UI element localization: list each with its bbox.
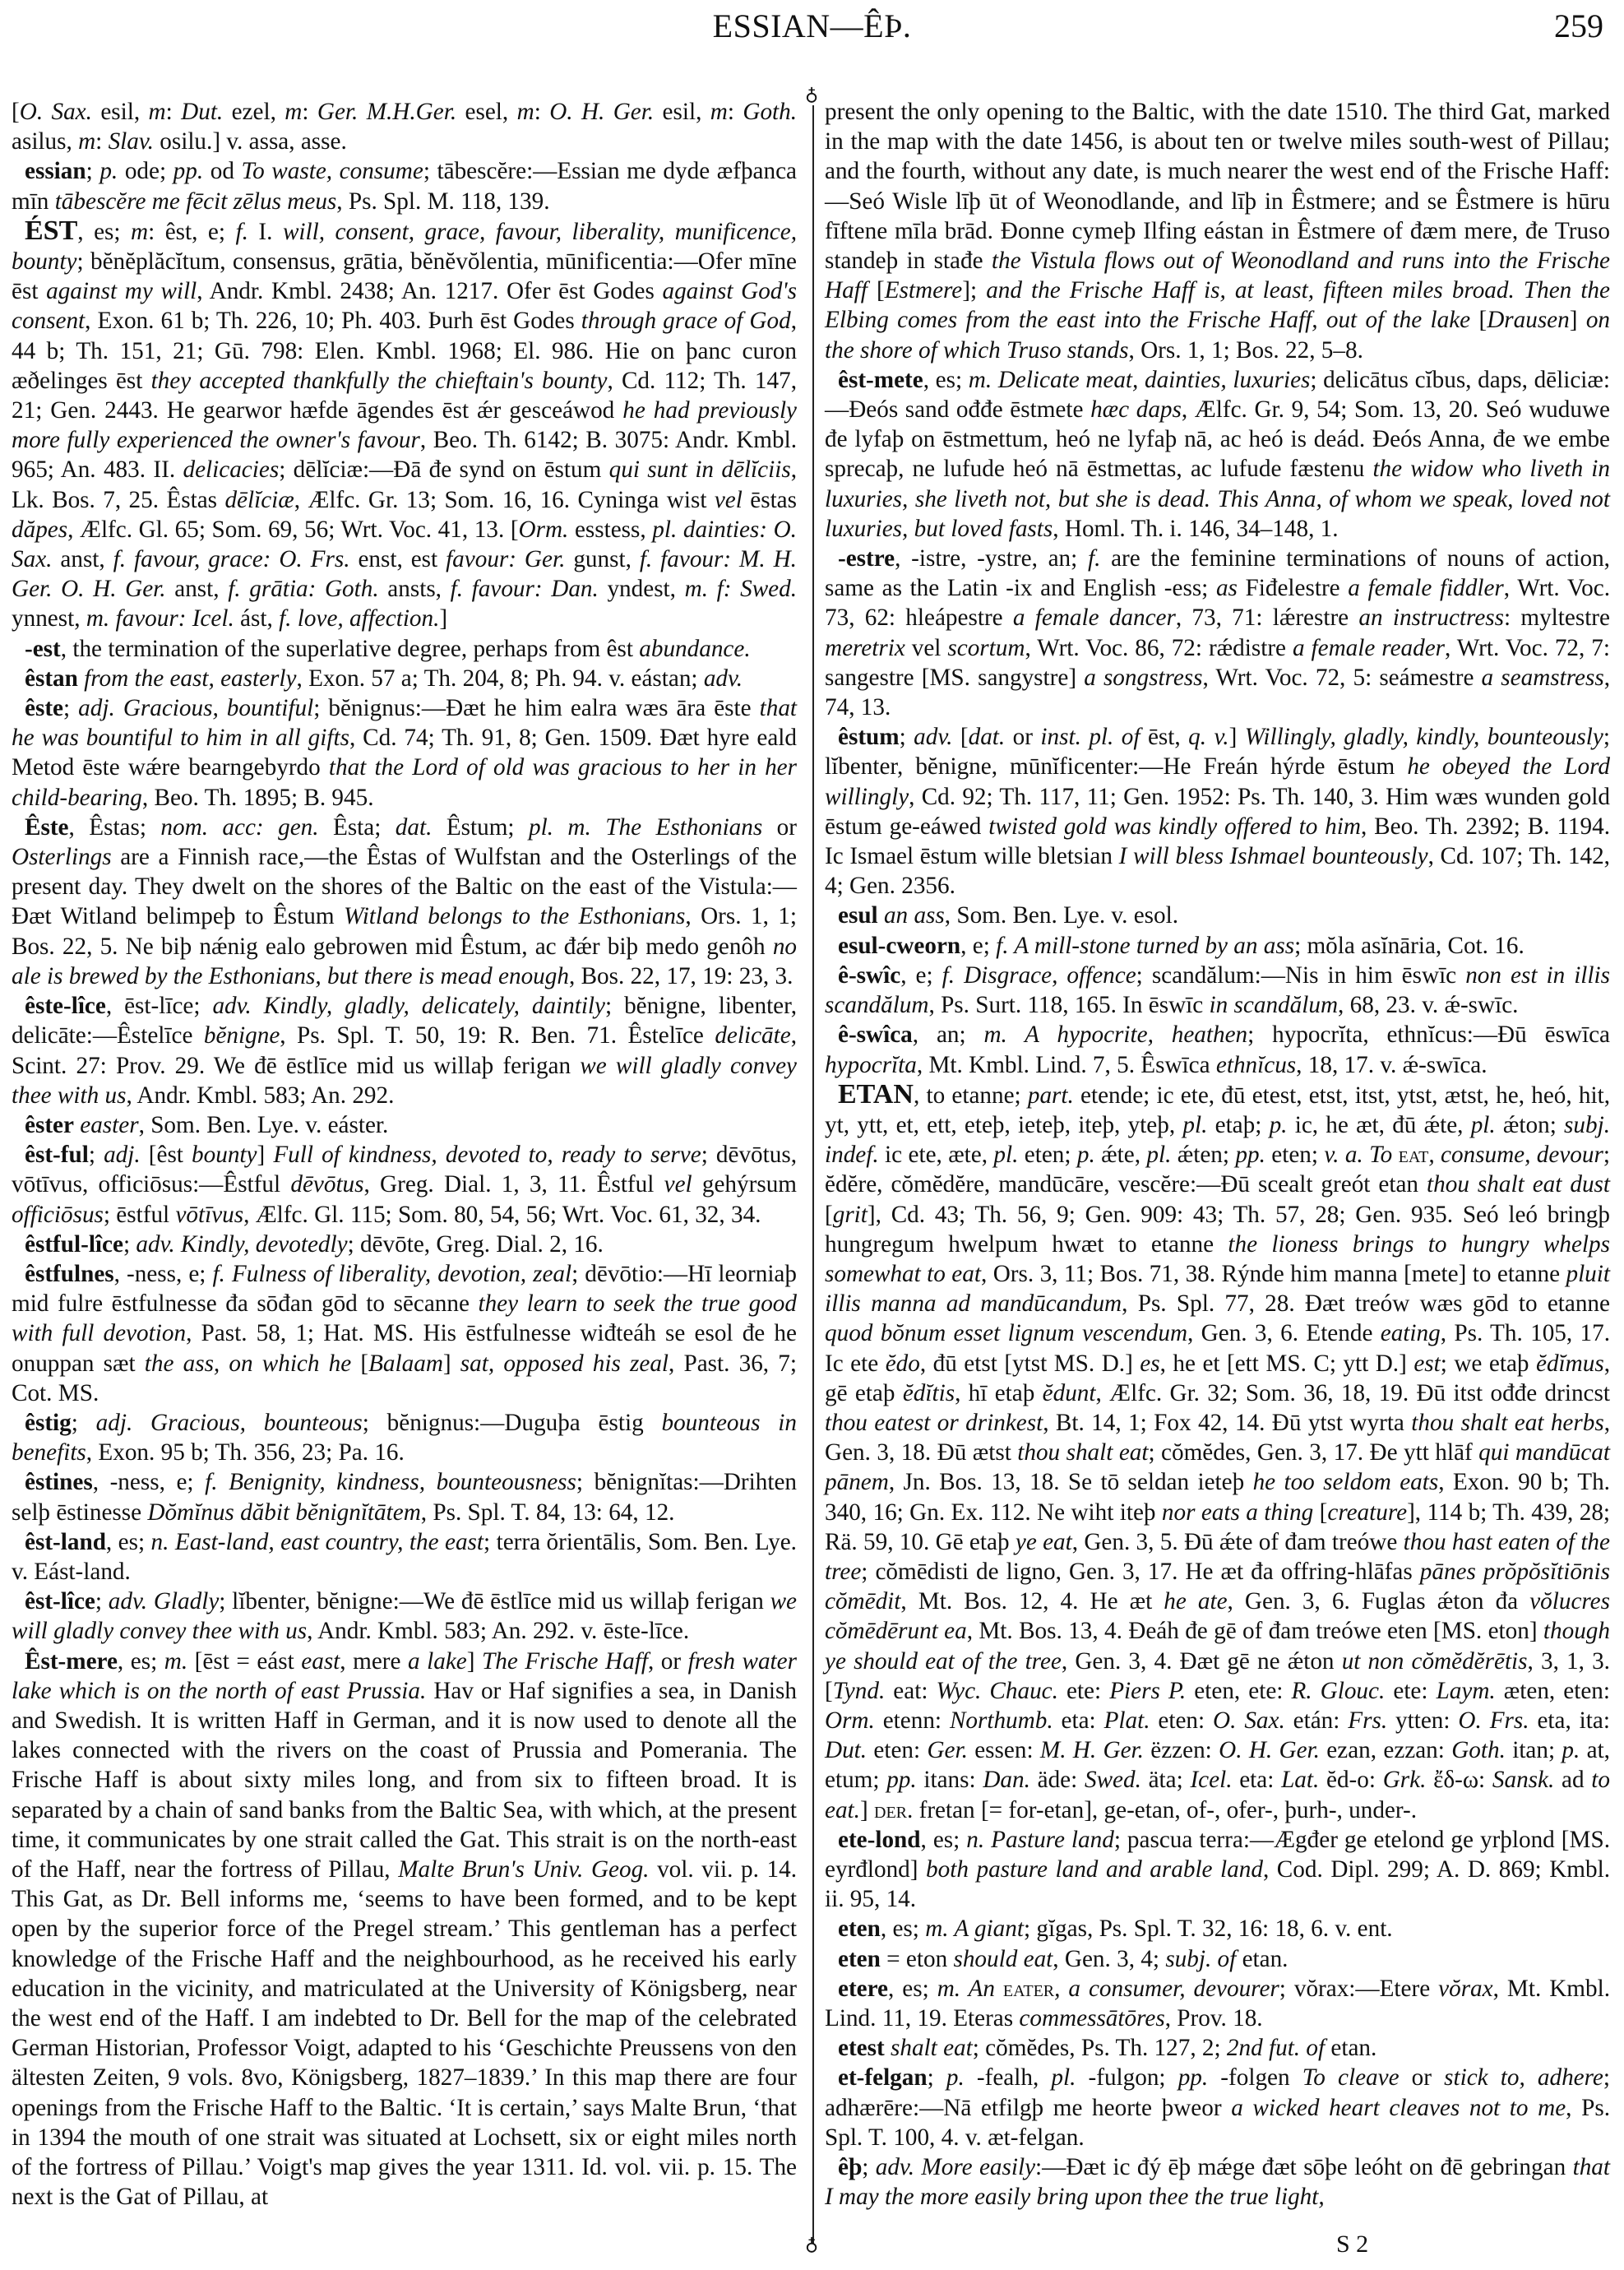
entry-text: f. Disgrace, offence — [942, 962, 1136, 989]
entry-text: ezel, — [223, 99, 285, 125]
entry-text: vel — [905, 635, 948, 661]
entry-text: the ass, on which he — [145, 1350, 351, 1377]
entry-text: meretrix — [825, 635, 905, 661]
entry-text: essen: — [968, 1737, 1040, 1763]
entry-text: , he et [ett MS. C; ytt D.] — [1160, 1350, 1414, 1377]
right-column: present the only opening to the Baltic, … — [825, 97, 1610, 2212]
entry-text: officiōsus — [12, 1202, 104, 1228]
entry-text: an ass — [884, 902, 945, 929]
entry-text: Willingly, gladly, kindly, bounteously — [1245, 724, 1603, 750]
dictionary-entry: êst-land, es; n. East-land, east country… — [12, 1527, 797, 1587]
entry-text: The Esthonians — [605, 814, 762, 841]
entry-text: f. favour: Dan. — [451, 576, 599, 602]
entry-text: m — [285, 99, 302, 125]
headword: Êste — [25, 814, 69, 841]
running-head: ESSIAN—ÊÞ. — [0, 7, 1624, 45]
headword: êþ — [838, 2154, 862, 2180]
entry-text: ĕd-o: — [1319, 1767, 1382, 1793]
entry-text: ; vŏrax:—Etere — [1279, 1976, 1438, 2002]
entry-text: Fiđelestre — [1238, 575, 1348, 601]
entry-text: m. An — [937, 1976, 1003, 2002]
entry-text: eta: — [1053, 1707, 1104, 1734]
entry-text: ; gĭgas, Ps. Spl. T. 32, 16: 18, 6. v. e… — [1024, 1916, 1393, 1942]
entry-text: itan; — [1506, 1737, 1562, 1763]
entry-text: m — [517, 99, 534, 125]
entry-text: ; lĭbenter, bĕnigne:—We đē ēstlīce mid u… — [219, 1588, 770, 1614]
headword: etere — [838, 1976, 888, 2002]
entry-text: Orm. — [519, 517, 569, 543]
entry-text: hæc daps — [1090, 396, 1182, 423]
column-divider — [812, 105, 814, 2244]
dictionary-entry: êst-lîce; adv. Gladly; lĭbenter, bĕnigne… — [12, 1587, 797, 1646]
entry-text: m — [131, 219, 148, 245]
entry-text: ǽten; — [1171, 1142, 1235, 1168]
entry-text: Slav. — [109, 128, 154, 155]
entry-text: should eat — [953, 1946, 1053, 1972]
entry-text: , 73, 71: lǽrestre — [1176, 605, 1359, 631]
entry-text: part. — [1028, 1082, 1074, 1109]
entry-text: easter — [80, 1112, 138, 1138]
entry-text: ic ete, æte, — [879, 1142, 994, 1168]
entry-text: , es; — [118, 1648, 164, 1675]
headword: êster — [25, 1112, 74, 1138]
entry-text: ezan, ezzan: — [1320, 1737, 1451, 1763]
entry-text: Êsta; — [319, 814, 396, 841]
entry-text: Tynd. — [833, 1678, 886, 1704]
entry-text: , Ps. Spl. M. 118, 139. — [336, 188, 549, 215]
entry-text: , Gen. 3, 4; — [1053, 1946, 1165, 1972]
entry-text: ; scandălum:—Nis in him ēswīc — [1136, 962, 1466, 989]
dictionary-entry: êstfulnes, -ness, e; f. Fulness of liber… — [12, 1259, 797, 1408]
dictionary-entry: êstines, -ness, e; f. Benignity, kindnes… — [12, 1467, 797, 1526]
entry-text: ; — [123, 1231, 136, 1258]
entry-text: Piers P. — [1109, 1678, 1186, 1704]
entry-text: ĕdĭtis — [903, 1380, 955, 1406]
entry-text — [591, 814, 605, 841]
entry-text: est — [1413, 1350, 1440, 1377]
entry-text: shalt eat — [891, 2035, 973, 2061]
entry-text: adv. Gladly — [109, 1588, 220, 1614]
entry-text: O. H. Ger. — [1219, 1737, 1320, 1763]
entry-text: dēlĭciæ — [224, 487, 294, 513]
entry-text: , Ps. Spl. T. 84, 13: 64, 12. — [421, 1499, 675, 1526]
entry-text: adv. More easily — [876, 2154, 1035, 2180]
entry-text: sat, opposed his zeal — [460, 1350, 669, 1377]
entry-text: ; — [63, 695, 78, 721]
entry-text: , the termination of the superlative deg… — [61, 636, 640, 662]
entry-text: ode; — [118, 158, 173, 184]
entry-text: , -ness, e; — [114, 1261, 213, 1287]
entry-text: Full of kindness, devoted to, ready to s… — [273, 1142, 701, 1168]
entry-text: eten; — [1265, 1142, 1325, 1168]
entry-text: grit — [833, 1202, 868, 1228]
entry-text: eten: — [1150, 1707, 1214, 1734]
entry-text: esel, — [456, 99, 516, 125]
entry-text: subj. of — [1165, 1946, 1236, 1972]
entry-text: n. East-land, east country, the east — [151, 1529, 483, 1555]
entry-text: Laym. — [1437, 1678, 1496, 1704]
signature-mark: S 2 — [1336, 2231, 1368, 2258]
entry-text: , es; — [77, 219, 131, 245]
entry-text: , Andr. Kmbl. 583; An. 292. v. ēste-līce… — [307, 1618, 689, 1644]
entry-text: ; — [72, 1410, 96, 1436]
entry-text: , consume, devour — [1428, 1142, 1603, 1168]
entry-text — [878, 902, 884, 929]
entry-text: [ — [12, 99, 20, 125]
entry-text: : — [166, 99, 182, 125]
dictionary-entry: ÉST, es; m: êst, e; f. I. will, consent,… — [12, 216, 797, 634]
entry-text: O. Sax. — [20, 99, 92, 125]
entry-text: ete: — [1058, 1678, 1109, 1704]
headword: esul — [838, 902, 878, 929]
headword: eten — [838, 1946, 881, 1972]
entry-text — [885, 2035, 891, 2061]
headword: êste — [25, 695, 63, 721]
entry-text: thou shalt eat herbs — [1411, 1410, 1603, 1436]
entry-text: ; — [928, 2064, 946, 2091]
entry-text: , es; — [888, 1976, 937, 2002]
entry-text: , Mt. Bos. 12, 4. He æt — [900, 1588, 1164, 1614]
entry-text: gehýrsum — [692, 1171, 797, 1198]
entry-text: [ — [1313, 1499, 1327, 1526]
entry-text: , Wrt. Voc. 72, 5: seámestre — [1203, 665, 1482, 691]
entry-text: vol. vii. p. 14. This Gat, as Dr. Bell i… — [12, 1856, 797, 2210]
headword: êst-land — [25, 1529, 106, 1555]
entry-text: = eton — [881, 1946, 954, 1972]
entry-text: , 18, 17. v. ǽ-swīca. — [1296, 1052, 1487, 1078]
entry-text: adv. — [704, 665, 743, 692]
entry-text: , e; — [900, 962, 942, 989]
entry-text: , Ælfc. Gr. 32; Som. 36, 18, 19. Đū itst… — [1096, 1380, 1610, 1406]
headword: êste-lîce — [25, 993, 106, 1019]
dictionary-entry: êstan from the east, easterly, Exon. 57 … — [12, 664, 797, 693]
entry-text: Malte Brun's Univ. Geog. — [398, 1856, 649, 1883]
entry-text: p. — [1562, 1737, 1580, 1763]
entry-text: or — [1400, 2064, 1445, 2091]
entry-text: To waste, consume — [242, 158, 423, 184]
entry-text: a wicked heart cleaves not to me — [1231, 2095, 1566, 2121]
entry-text: , or — [648, 1648, 688, 1675]
entry-text: , Wrt. Voc. 86, 72: rǽdistre — [1025, 635, 1293, 661]
entry-text: The Frische Haff — [482, 1648, 648, 1675]
entry-text: f. love, affection. — [279, 605, 439, 632]
entry-text: [ — [1470, 307, 1487, 333]
entry-text: pp. — [1178, 2064, 1208, 2091]
entry-text: Êstum; — [432, 814, 529, 841]
dictionary-entry: esul-cweorn, e; f. A mill-stone turned b… — [825, 931, 1610, 961]
entry-text: der. — [874, 1797, 913, 1823]
entry-text: vŏrax — [1438, 1976, 1492, 2002]
headword: -est — [25, 636, 61, 662]
entry-text: they accepted thankfully the chieftain's… — [151, 368, 608, 394]
entry-text: ic, he æt, đū ǽte, — [1287, 1112, 1470, 1138]
headword: etest — [838, 2035, 885, 2061]
entry-text: m. A giant — [925, 1916, 1024, 1942]
entry-text: eta, ita: — [1529, 1707, 1610, 1734]
entry-text: , Exon. 57 a; Th. 204, 8; Ph. 94. v. eás… — [296, 665, 703, 692]
dictionary-entry: êþ; adv. More easily:—Đæt ic đý ēþ mǽge … — [825, 2152, 1610, 2212]
entry-text: , Prov. 18. — [1165, 2005, 1263, 2031]
entry-text: v. a. To — [1324, 1142, 1398, 1168]
entry-text: inst. pl. of — [1040, 724, 1140, 750]
entry-text: Dut. — [825, 1737, 867, 1763]
entry-text: eten: — [867, 1737, 927, 1763]
entry-text: thou shalt eat — [1017, 1439, 1148, 1466]
entry-text: asilus, — [12, 128, 78, 155]
entry-text: I. — [248, 219, 283, 245]
entry-text: od — [203, 158, 241, 184]
entry-text: f. favour, grace: O. Frs. — [113, 546, 350, 572]
entry-text: ut non cŏmĕdĕrētis — [1342, 1648, 1528, 1675]
entry-text: adv. — [914, 724, 952, 750]
entry-text: anst, — [52, 546, 113, 572]
entry-text: pl. — [1182, 1112, 1207, 1138]
entry-text: To cleave — [1302, 2064, 1400, 2091]
entry-text: Grk. — [1383, 1767, 1427, 1793]
entry-text: Frs. — [1348, 1707, 1387, 1734]
entry-text: creature — [1327, 1499, 1407, 1526]
entry-text: quod bŏnum esset lignum vescendum — [825, 1320, 1187, 1346]
entry-text: , Ors. 1, 1; Bos. 22, 5–8. — [1128, 337, 1363, 364]
entry-text: , -istre, -ystre, an; — [895, 545, 1088, 572]
entry-text: Hav or Haf signifies a sea, in Danish an… — [12, 1678, 797, 1883]
dictionary-entry: êste; adj. Gracious, bountiful; bĕnignus… — [12, 693, 797, 813]
dictionary-entry: -estre, -istre, -ystre, an; f. are the f… — [825, 544, 1610, 722]
entry-text: ëzzen: — [1144, 1737, 1219, 1763]
entry-text: pl. — [1146, 1142, 1171, 1168]
headword: êst-ful — [25, 1142, 89, 1168]
entry-text: ] — [257, 1142, 273, 1168]
entry-text: : — [95, 128, 108, 155]
entry-text: : — [728, 99, 743, 125]
entry-text: , Jn. Bos. 13, 18. Se tō seldan ieteþ — [889, 1469, 1253, 1495]
entry-text: eat: — [885, 1678, 936, 1704]
column-ornament-top-icon: ♁ — [805, 86, 818, 104]
headword: êstum — [838, 724, 900, 750]
entry-text: ; — [86, 158, 100, 184]
entry-text: Wyc. Chauc. — [937, 1678, 1058, 1704]
entry-text: etán: — [1285, 1707, 1349, 1734]
entry-text: Icel. — [1190, 1767, 1232, 1793]
entry-text: esil, — [654, 99, 710, 125]
entry-text: etaþ; — [1207, 1112, 1269, 1138]
headword: ETAN — [838, 1079, 914, 1110]
entry-text: adv. Kindly, devotedly — [136, 1231, 347, 1258]
entry-text: , Gen. 3, 4. Đæt gē ne ǽton — [1062, 1648, 1342, 1675]
entry-text: , hī etaþ — [955, 1380, 1043, 1406]
entry-text: Sansk. — [1492, 1767, 1554, 1793]
entry-text: ] — [1229, 724, 1245, 750]
entry-text: , Som. Ben. Lye. v. esol. — [945, 902, 1178, 929]
headword: êst-lîce — [25, 1588, 95, 1614]
entry-text: ; we etaþ — [1441, 1350, 1536, 1377]
entry-text: M. H. Ger. — [1040, 1737, 1144, 1763]
dictionary-entry: ete-lond, es; n. Pasture land; pascua te… — [825, 1825, 1610, 1915]
entry-text: p. — [1077, 1142, 1095, 1168]
entry-text: , Ps. Surt. 118, 165. In ēswīc — [928, 992, 1209, 1018]
entry-text: : — [534, 99, 550, 125]
entry-text: from the east, easterly — [84, 665, 296, 692]
entry-text: [ — [825, 1202, 833, 1228]
entry-text: dat. — [396, 814, 433, 841]
entry-text: ] — [467, 1648, 482, 1675]
entry-text: es — [1140, 1350, 1159, 1377]
entry-text: Estmere — [885, 277, 963, 303]
entry-text: ethnĭcus — [1216, 1052, 1296, 1078]
entry-text: f. A mill-stone turned by an ass — [996, 933, 1294, 959]
entry-text: twisted gold was kindly offered to him — [988, 813, 1361, 840]
entry-text: n. Pasture land — [966, 1827, 1114, 1853]
entry-text: against my will — [46, 278, 197, 304]
entry-text: Witland belongs to the Esthonians — [344, 903, 685, 929]
headword: êstig — [25, 1410, 72, 1436]
entry-text: osilu.] v. assa, asse. — [154, 128, 347, 155]
entry-text: Osterlings — [12, 844, 112, 870]
entry-text: in scandălum — [1210, 992, 1338, 1018]
entry-text: ĕdunt — [1043, 1380, 1096, 1406]
entry-text: , Ps. Spl. T. 50, 19: R. Ben. 71. Êstelī… — [280, 1022, 715, 1049]
entry-text: adj. Gracious, bounteous — [96, 1410, 363, 1436]
entry-text: , e; — [960, 933, 996, 959]
entry-text: , Mt. Bos. 13, 4. Đeáh đe gē of đam treó… — [967, 1618, 1543, 1644]
entry-text: -fealh, — [965, 2064, 1052, 2091]
headword: ÉST — [25, 215, 77, 246]
entry-text: ǽton; — [1496, 1112, 1564, 1138]
entry-text: , Ælfc. Gl. 115; Som. 80, 54, 56; Wrt. V… — [243, 1202, 761, 1228]
entry-text: gunst, — [565, 546, 639, 572]
entry-text: ] — [443, 1350, 460, 1377]
entry-text: adj. — [104, 1142, 141, 1168]
entry-text: Swed. — [1085, 1767, 1141, 1793]
entry-text: a lake — [408, 1648, 467, 1675]
entry-text: f. — [236, 219, 248, 245]
entry-text: , Beo. Th. 1895; B. 945. — [142, 785, 374, 811]
entry-text: O. Sax. — [1213, 1707, 1285, 1734]
entry-text: Lat. — [1281, 1767, 1319, 1793]
entry-text: vōtīvus — [175, 1202, 243, 1228]
entry-text: ; dēvōte, Greg. Dial. 2, 16. — [348, 1231, 604, 1258]
entry-text: Goth. — [743, 99, 797, 125]
entry-text: f. — [1088, 545, 1100, 572]
headword: eten — [838, 1916, 881, 1942]
entry-text: Goth. — [1451, 1737, 1506, 1763]
entry-text: -fulgon; — [1076, 2064, 1178, 2091]
entry-text: m. A hypocrite, heathen — [983, 1021, 1247, 1048]
entry-text: as — [1216, 575, 1238, 601]
entry-text: ; dēlĭciæ:—Đā đe synd on ēstum — [279, 456, 608, 483]
entry-text: I will bless Ishmael bounteously — [1119, 843, 1428, 869]
entry-text: m — [149, 99, 166, 125]
dictionary-entry: esul an ass, Som. Ben. Lye. v. esol. — [825, 901, 1610, 930]
entry-text: pp. — [1235, 1142, 1265, 1168]
entry-text: m. — [164, 1648, 187, 1675]
dictionary-entry: Êste, Êstas; nom. acc: gen. Êsta; dat. Ê… — [12, 813, 797, 991]
entry-text: etan. — [1325, 2035, 1376, 2061]
dictionary-entry: etere, es; m. An eater, a consumer, devo… — [825, 1974, 1610, 2033]
entry-text: commessātōres — [1019, 2005, 1164, 2031]
entry-text: bĕnigne — [204, 1022, 280, 1049]
entry-text: ad — [1554, 1767, 1591, 1793]
entry-text: ytten: — [1387, 1707, 1458, 1734]
dictionary-entry: Êst-mere, es; m. [ēst = eást east, mere … — [12, 1647, 797, 2212]
entry-text: ; mŏla asĭnāria, Cot. 16. — [1294, 933, 1525, 959]
entry-text: thou shalt eat dust — [1427, 1171, 1610, 1198]
entry-text: , Ors. 3, 11; Bos. 71, 38. Rýnde him man… — [981, 1261, 1566, 1287]
entry-text: -folgen — [1208, 2064, 1302, 2091]
entry-text: , -ness, e; — [93, 1469, 205, 1495]
entry-text: delicacies — [183, 456, 279, 483]
entry-text: Dŏmĭnus dăbit bĕnignĭtātem — [147, 1499, 420, 1526]
entry-text: m. favour: Icel. — [86, 605, 234, 632]
entry-text: , Gen. 3, 6. Fuglas ǽton đa — [1228, 1588, 1530, 1614]
entry-text: f. grātia: Goth. — [228, 576, 378, 602]
entry-text: :—Đæt ic đý ēþ mǽge đæt sōþe leóht on đē… — [1035, 2154, 1573, 2180]
entry-text: Dut. — [181, 99, 223, 125]
entry-text: ; — [89, 1142, 104, 1168]
entry-text: , es; — [881, 1916, 925, 1942]
headword: ete-lond — [838, 1827, 921, 1853]
headword: essian — [25, 158, 86, 184]
entry-text: a songstress — [1084, 665, 1202, 691]
entry-text: æten, eten: — [1496, 1678, 1610, 1704]
entry-text: , Êstas; — [69, 814, 161, 841]
entry-text: ] — [1570, 307, 1586, 333]
entry-text: ]; — [962, 277, 986, 303]
headword: esul-cweorn — [838, 933, 960, 959]
entry-text: Dan. — [983, 1767, 1030, 1793]
entry-text: ; — [862, 2154, 876, 2180]
entry-text: favour: Ger. — [446, 546, 565, 572]
entry-text: ást, — [234, 605, 279, 632]
entry-text: nor eats a thing — [1162, 1499, 1313, 1526]
entry-text: , Ælfc. Gl. 65; Som. 69, 56; Wrt. Voc. 4… — [67, 517, 518, 543]
headword: êstfulnes — [25, 1261, 114, 1287]
entry-text: : êst, e; — [148, 219, 235, 245]
entry-text: etan. — [1236, 1946, 1288, 1972]
entry-text: etenn: — [875, 1707, 950, 1734]
entry-text: [ — [351, 1350, 368, 1377]
entry-text: delicāte — [715, 1022, 790, 1049]
entry-text: vel — [715, 487, 743, 513]
entry-text: or — [1005, 724, 1040, 750]
entry-text: , Ælfc. Gr. 13; Som. 16, 16. Cyninga wis… — [294, 487, 715, 513]
entry-text: Ger. M.H.Ger. — [317, 99, 456, 125]
entry-text: , to etanne; — [914, 1082, 1028, 1109]
headword: ê-swîca — [838, 1021, 913, 1048]
entry-text: 2nd fut. of — [1227, 2035, 1325, 2061]
entry-text: m — [710, 99, 728, 125]
dictionary-entry: etest shalt eat; cŏmĕdes, Ps. Th. 127, 2… — [825, 2033, 1610, 2063]
headword: -estre — [838, 545, 895, 572]
entry-text: stick to, adhere — [1444, 2064, 1603, 2091]
entry-text: , es; — [923, 367, 969, 393]
entry-text: pl. — [1051, 2064, 1076, 2091]
entry-text: ye eat — [1016, 1529, 1072, 1555]
entry-text: eten, ete: — [1186, 1678, 1291, 1704]
entry-text: R. Glouc. — [1291, 1678, 1385, 1704]
entry-text: fretan [= for-etan], ge-etan, of-, ofer-… — [913, 1797, 1417, 1823]
entry-text: ; ēstful — [104, 1202, 176, 1228]
entry-text: ; bĕnignus:—Duguþa ēstig — [363, 1410, 662, 1436]
entry-text: Ger. — [927, 1737, 967, 1763]
entry-text: nom. acc: gen. — [160, 814, 318, 841]
entry-text: a female reader — [1293, 635, 1445, 661]
entry-text: , Gen. 3, 6. Etende — [1187, 1320, 1381, 1346]
entry-text: bounty — [192, 1142, 257, 1168]
entry-text: through grace of God — [581, 308, 791, 334]
entry-text: ; cŏmĕdes, Ps. Th. 127, 2; — [973, 2035, 1227, 2061]
entry-text: eta: — [1233, 1767, 1282, 1793]
